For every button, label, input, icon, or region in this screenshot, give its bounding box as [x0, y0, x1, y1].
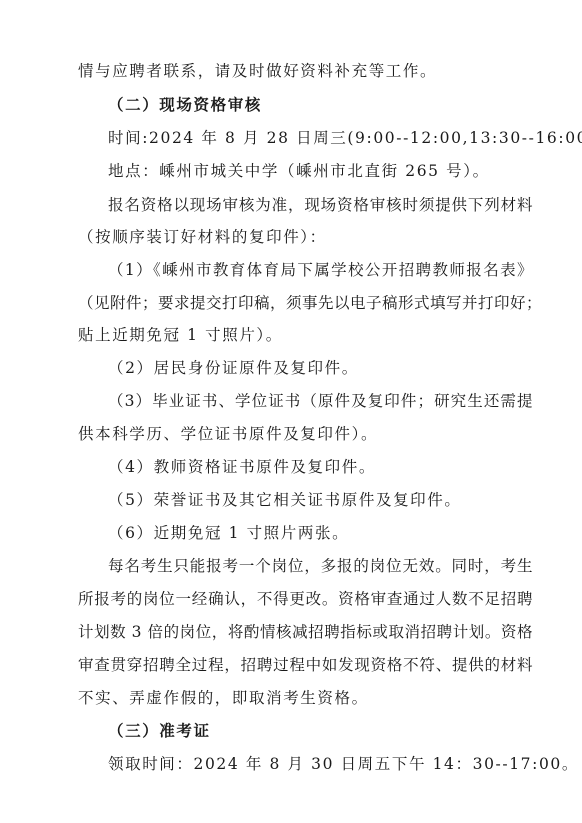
paragraph-line: 审查贯穿招聘全过程，招聘过程中如发现资格不符、提供的材料	[78, 655, 533, 675]
paragraph-line: （按顺序装订好材料的复印件）：	[78, 227, 518, 247]
list-item-2: （2）居民身份证原件及复印件。	[108, 358, 548, 378]
list-item-1: （1）《嵊州市教育体育局下属学校公开招聘教师报名表》	[108, 260, 533, 280]
section-heading-qualification-review: （二）现场资格审核	[108, 95, 548, 115]
list-item-3: （3）毕业证书、学位证书（原件及复印件；研究生还需提	[108, 391, 533, 411]
list-item-5: （5）荣誉证书及其它相关证书原件及复印件。	[108, 490, 548, 510]
paragraph-line: 报名资格以现场审核为准，现场资格审核时须提供下列材料	[108, 195, 533, 215]
paragraph-line: 情与应聘者联系，请及时做好资料补充等工作。	[78, 61, 518, 81]
section-heading-admission-ticket: （三）准考证	[108, 721, 548, 741]
paragraph-line: 所报考的岗位一经确认，不得更改。资格审查通过人数不足招聘	[78, 589, 533, 609]
paragraph-line: 贴上近期免冠 1 寸照片）。	[78, 325, 518, 345]
document-page: 情与应聘者联系，请及时做好资料补充等工作。 （二）现场资格审核 时间:2024 …	[0, 0, 582, 823]
list-item-6: （6）近期免冠 1 寸照片两张。	[108, 523, 548, 543]
paragraph-line: 计划数 3 倍的岗位，将酌情核减招聘指标或取消招聘计划。资格	[78, 622, 533, 642]
ticket-pickup-time: 领取时间：2024 年 8 月 30 日周五下午 14：30--17:00。	[108, 754, 548, 774]
list-item-4: （4）教师资格证书原件及复印件。	[108, 457, 548, 477]
paragraph-line: 每名考生只能报考一个岗位，多报的岗位无效。同时，考生	[108, 556, 533, 576]
paragraph-line: （见附件；要求提交打印稿，须事先以电子稿形式填写并打印好；	[78, 293, 533, 313]
review-time: 时间:2024 年 8 月 28 日周三(9:00--12:00,13:30--…	[108, 128, 548, 148]
paragraph-line: 供本科学历、学位证书原件及复印件）。	[78, 424, 518, 444]
review-location: 地点：嵊州市城关中学（嵊州市北直街 265 号）。	[108, 161, 548, 181]
paragraph-line: 不实、弄虚作假的，即取消考生资格。	[78, 688, 518, 708]
